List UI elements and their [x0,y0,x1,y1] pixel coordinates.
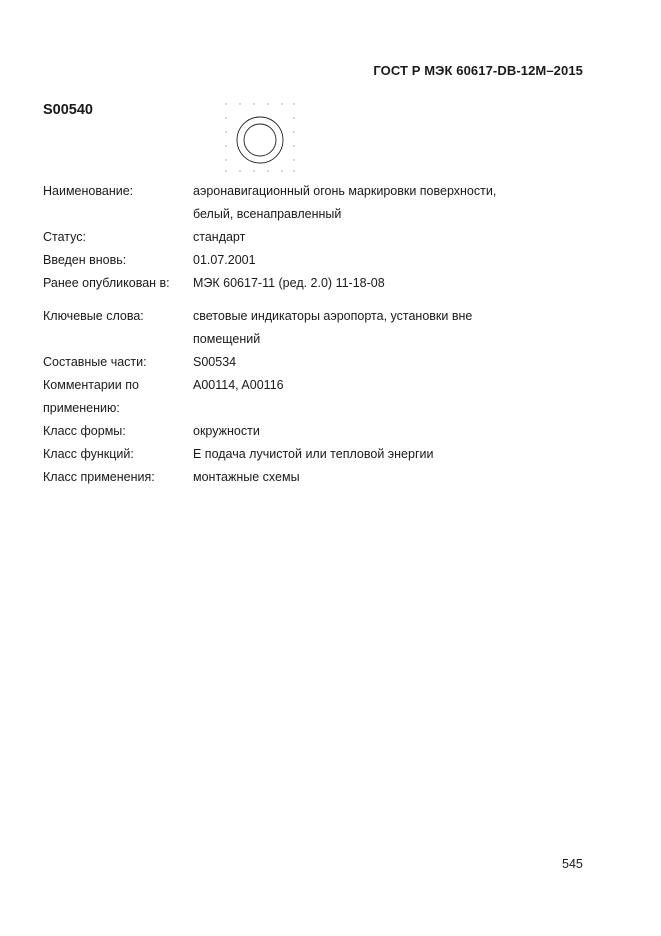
field-value: A00114, A00116 [193,374,523,420]
field-introduced: Введен вновь: 01.07.2001 [43,249,603,272]
field-name: Наименование: аэронавигационный огонь ма… [43,180,603,226]
symbol-code: S00540 [43,102,93,118]
field-label: Класс формы: [43,420,193,443]
field-application-notes: Комментарии по применению: A00114, A0011… [43,374,603,420]
field-value: аэронавигационный огонь маркировки повер… [193,180,523,226]
field-label: Класс применения: [43,466,193,489]
field-value: E подача лучистой или тепловой энергии [193,443,523,466]
field-value: МЭК 60617-11 (ред. 2.0) 11-18-08 [193,272,523,295]
field-label: Комментарии по применению: [43,374,193,420]
page-number: 545 [562,857,583,871]
field-label: Класс функций: [43,443,193,466]
field-value: стандарт [193,226,523,249]
two-concentric-circles-icon [222,100,298,174]
field-function-class: Класс функций: E подача лучистой или теп… [43,443,603,466]
field-value: 01.07.2001 [193,249,523,272]
field-value: монтажные схемы [193,466,523,489]
field-shape-class: Класс формы: окружности [43,420,603,443]
field-label: Введен вновь: [43,249,193,272]
field-value: окружности [193,420,523,443]
field-label: Наименование: [43,180,193,226]
field-value: световые индикаторы аэропорта, установки… [193,305,523,351]
field-label: Статус: [43,226,193,249]
field-label: Составные части: [43,351,193,374]
field-application-class: Класс применения: монтажные схемы [43,466,603,489]
field-status: Статус: стандарт [43,226,603,249]
field-keywords: Ключевые слова: световые индикаторы аэро… [43,305,603,351]
field-previously-published: Ранее опубликован в: МЭК 60617-11 (ред. … [43,272,603,295]
field-value: S00534 [193,351,523,374]
standard-header: ГОСТ Р МЭК 60617-DB-12M–2015 [373,63,583,78]
field-label: Ранее опубликован в: [43,272,193,295]
field-label: Ключевые слова: [43,305,193,351]
symbol-fields: Наименование: аэронавигационный огонь ма… [43,180,603,489]
field-components: Составные части: S00534 [43,351,603,374]
